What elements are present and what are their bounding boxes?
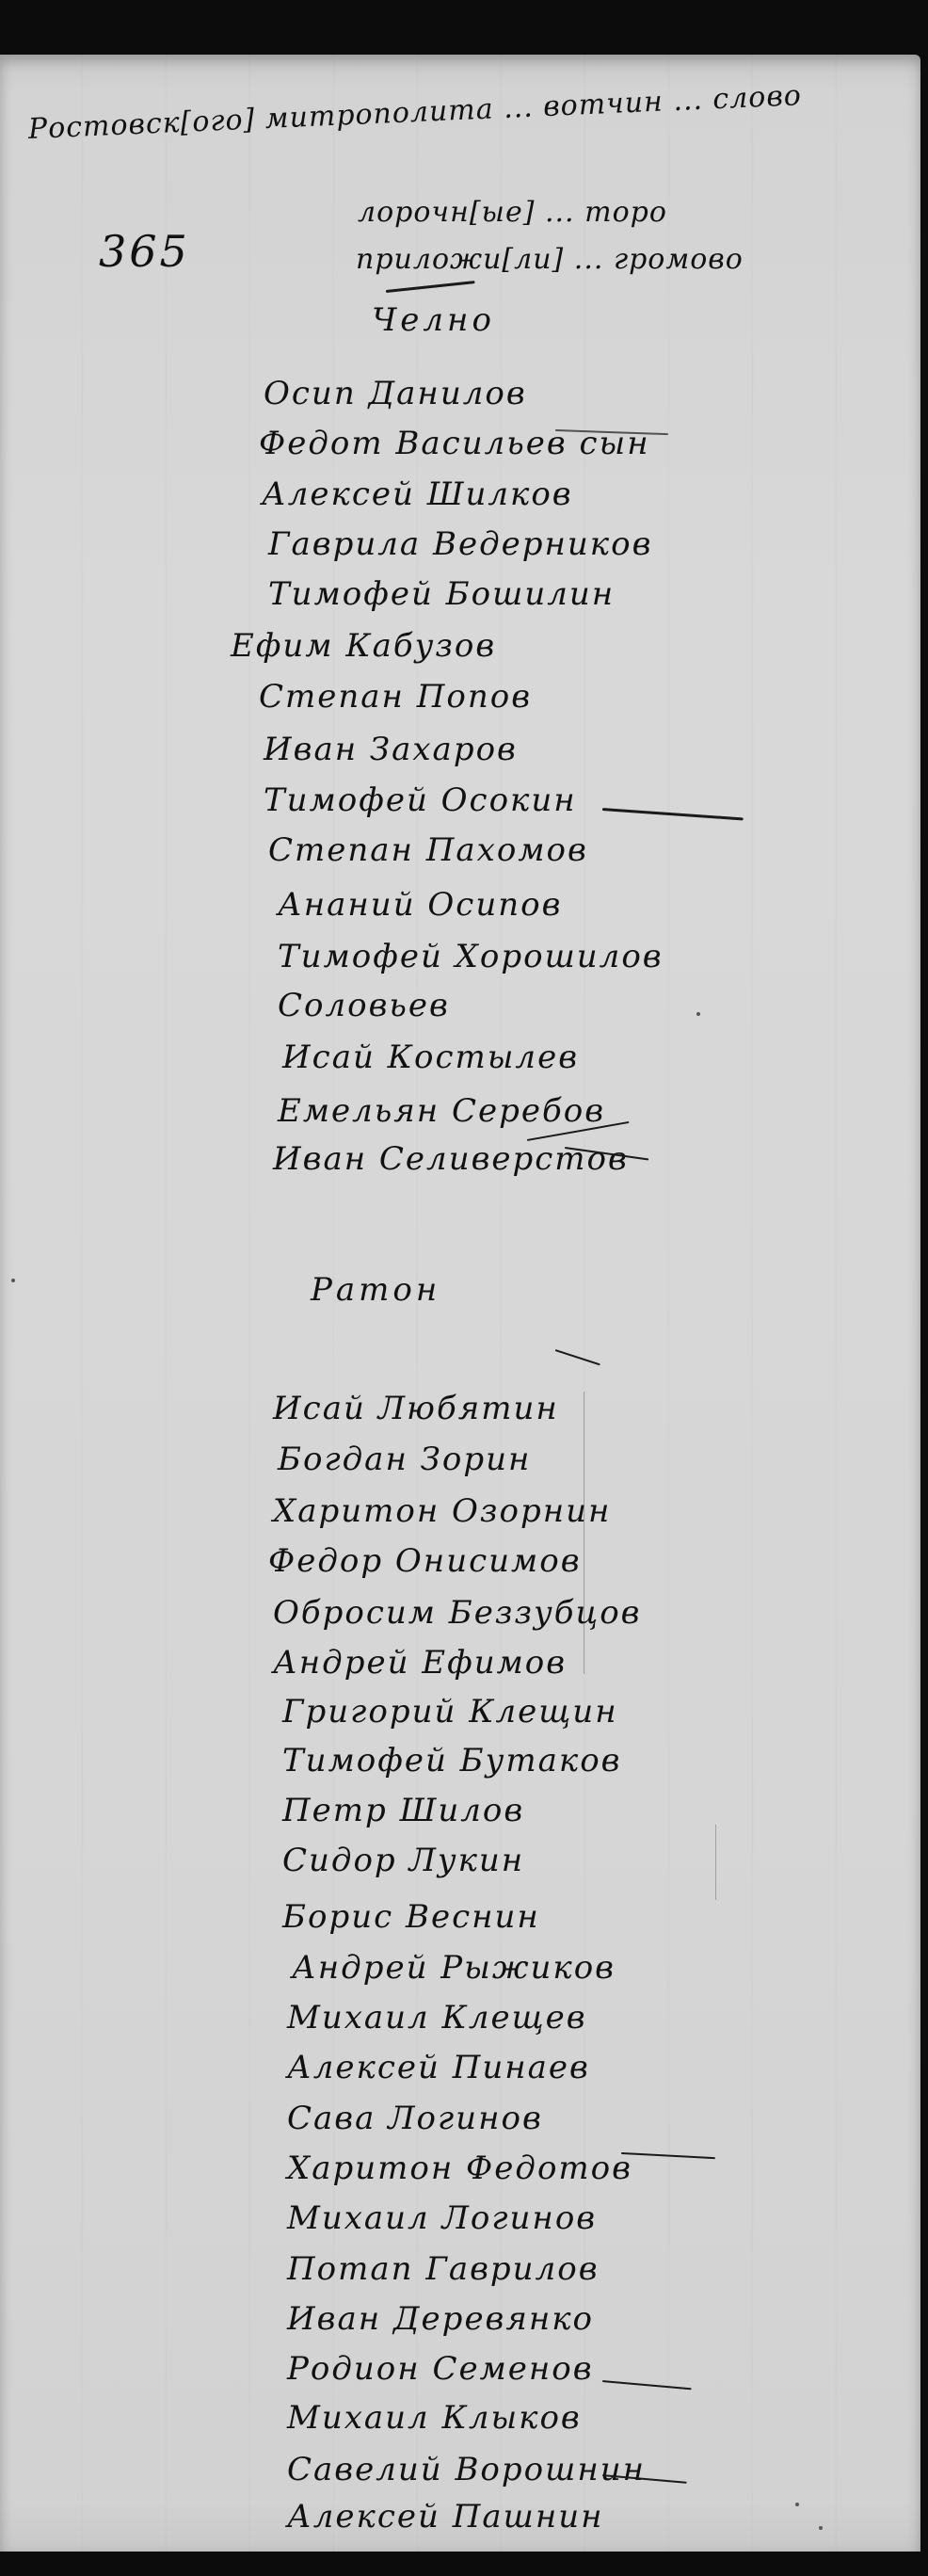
list-item: Андрей Ефимов xyxy=(273,1644,567,1682)
list-item: Тимофей Хорошилов xyxy=(278,938,664,975)
list-item: Петр Шилов xyxy=(282,1792,524,1829)
list-item: Потап Гаврилов xyxy=(287,2250,599,2288)
list-item: Иван Селиверстов xyxy=(273,1140,629,1178)
header-line-1: Ростовск[ого] митрополита ... вотчин ...… xyxy=(27,79,802,146)
list-item: Михаил Клещев xyxy=(287,1999,587,2037)
list-item: Сава Логинов xyxy=(287,2100,543,2137)
list-item: Исай Костылев xyxy=(282,1038,579,1076)
list-item: Борис Веснин xyxy=(282,1898,540,1936)
list-item: Григорий Клещин xyxy=(282,1693,618,1731)
list-item: Осип Данилов xyxy=(264,375,527,412)
list-item: Ефим Кабузов xyxy=(231,627,496,665)
folio-number: 365 xyxy=(99,226,190,277)
list-item: Соловьев xyxy=(278,987,450,1024)
list-item: Алексей Шилков xyxy=(262,475,573,513)
list-item: Тимофей Бошилин xyxy=(268,575,615,613)
pen-flourish xyxy=(621,2152,715,2159)
list-item: Ананий Осипов xyxy=(278,886,562,924)
list-item: Андрей Рыжиков xyxy=(292,1949,616,1987)
list-item: Тимофей Осокин xyxy=(264,781,577,819)
list-item: Иван Захаров xyxy=(264,731,518,768)
list-item: Исай Любятин xyxy=(273,1390,559,1427)
manuscript-page: Ростовск[ого] митрополита ... вотчин ...… xyxy=(0,55,920,2552)
list-item: Степан Попов xyxy=(259,678,532,716)
list-item: Федор Онисимов xyxy=(268,1542,582,1580)
list-item: Алексей Пашнин xyxy=(287,2498,604,2536)
section-1-title: Челно xyxy=(372,301,495,339)
paper-speck xyxy=(11,1279,15,1282)
list-item: Савелий Ворошнин xyxy=(287,2451,646,2488)
list-item: Михаил Логинов xyxy=(287,2199,597,2237)
list-item: Степан Пахомов xyxy=(268,831,588,869)
pen-flourish xyxy=(602,808,744,820)
paper-speck xyxy=(819,2526,823,2530)
list-item: Богдан Зорин xyxy=(278,1441,531,1478)
pen-flourish xyxy=(602,2380,692,2390)
list-item: Сидор Лукин xyxy=(282,1842,524,1879)
list-item: Емельян Серебов xyxy=(278,1092,605,1130)
list-item: Харитон Озорнин xyxy=(273,1492,611,1530)
list-item: Михаил Клыков xyxy=(287,2399,582,2437)
paper-speck xyxy=(795,2503,799,2506)
list-item: Алексей Пинаев xyxy=(287,2049,590,2086)
header-line-2: лорочн[ые] ... торо xyxy=(358,196,667,229)
paper-speck xyxy=(696,1012,700,1016)
faint-marginal-line xyxy=(584,1392,584,1674)
list-item: Гаврила Ведерников xyxy=(268,525,652,563)
list-item: Харитон Федотов xyxy=(287,2149,632,2187)
title-flourish xyxy=(386,281,475,293)
header-line-3: приложи[ли] ... громово xyxy=(356,243,744,276)
list-item: Иван Деревянко xyxy=(287,2300,594,2338)
pen-flourish xyxy=(555,1349,600,1365)
list-item: Родион Семенов xyxy=(287,2350,594,2388)
section-2-title: Ратон xyxy=(311,1271,440,1309)
list-item: Тимофей Бутаков xyxy=(282,1742,621,1779)
faint-marginal-line xyxy=(715,1825,716,1900)
list-item: Обросим Беззубцов xyxy=(273,1594,641,1632)
